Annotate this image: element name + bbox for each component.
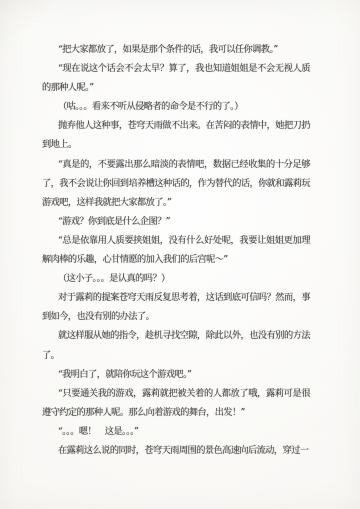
paragraph: 对于露莉的提案苍穹天雨反复思考着，这话到底可信吗？然而，事到如今，也没有别的办法… bbox=[42, 288, 310, 326]
paragraph: “真是的，不要露出那么暗淡的表情吧，数据已经收集的十分足够了，我不会说让你回到培… bbox=[42, 155, 310, 212]
paragraph: “。。。嗯！ 这是。。。” bbox=[42, 422, 310, 441]
paragraph: 在露莉这么说的同时，苍穹天雨周围的景色高速向后流动，穿过一 bbox=[42, 441, 310, 460]
paragraph: “总是依靠用人质要挟姐姐，没有什么好处呢，我要让姐姐更加理解肉棒的乐趣，心甘情愿… bbox=[42, 231, 310, 269]
book-page: “把大家都放了，如果是那个条件的话，我可以任你调教。”“现在说这个话会不会太早？… bbox=[0, 0, 360, 509]
paragraph: （咕。。。看来不听从侵略者的命令是不行的了。） bbox=[42, 97, 310, 116]
paragraph: “游戏？你到底是什么企图？” bbox=[42, 212, 310, 231]
paragraph: “我明白了，就陪你玩这个游戏吧。” bbox=[42, 365, 310, 384]
paragraph: “现在说这个话会不会太早？算了，我也知道姐姐是不会无视人质的那种人呢。” bbox=[42, 59, 310, 97]
page-text: “把大家都放了，如果是那个条件的话，我可以任你调教。”“现在说这个话会不会太早？… bbox=[42, 40, 310, 460]
paragraph: “只要通关我的游戏，露莉就把被关着的人都放了哦，露莉可是很遵守约定的那种人呢。那… bbox=[42, 384, 310, 422]
paragraph: 抛弃他人这种事，苍穹天雨做不出来。在苦闷的表情中，她把刀扔到地上。 bbox=[42, 116, 310, 154]
paragraph: 就这样服从她的指令，趁机寻找空隙，除此以外，也没有别的方法了。 bbox=[42, 326, 310, 364]
paragraph: “把大家都放了，如果是那个条件的话，我可以任你调教。” bbox=[42, 40, 310, 59]
paragraph: （这小子。。。是认真的吗？） bbox=[42, 269, 310, 288]
